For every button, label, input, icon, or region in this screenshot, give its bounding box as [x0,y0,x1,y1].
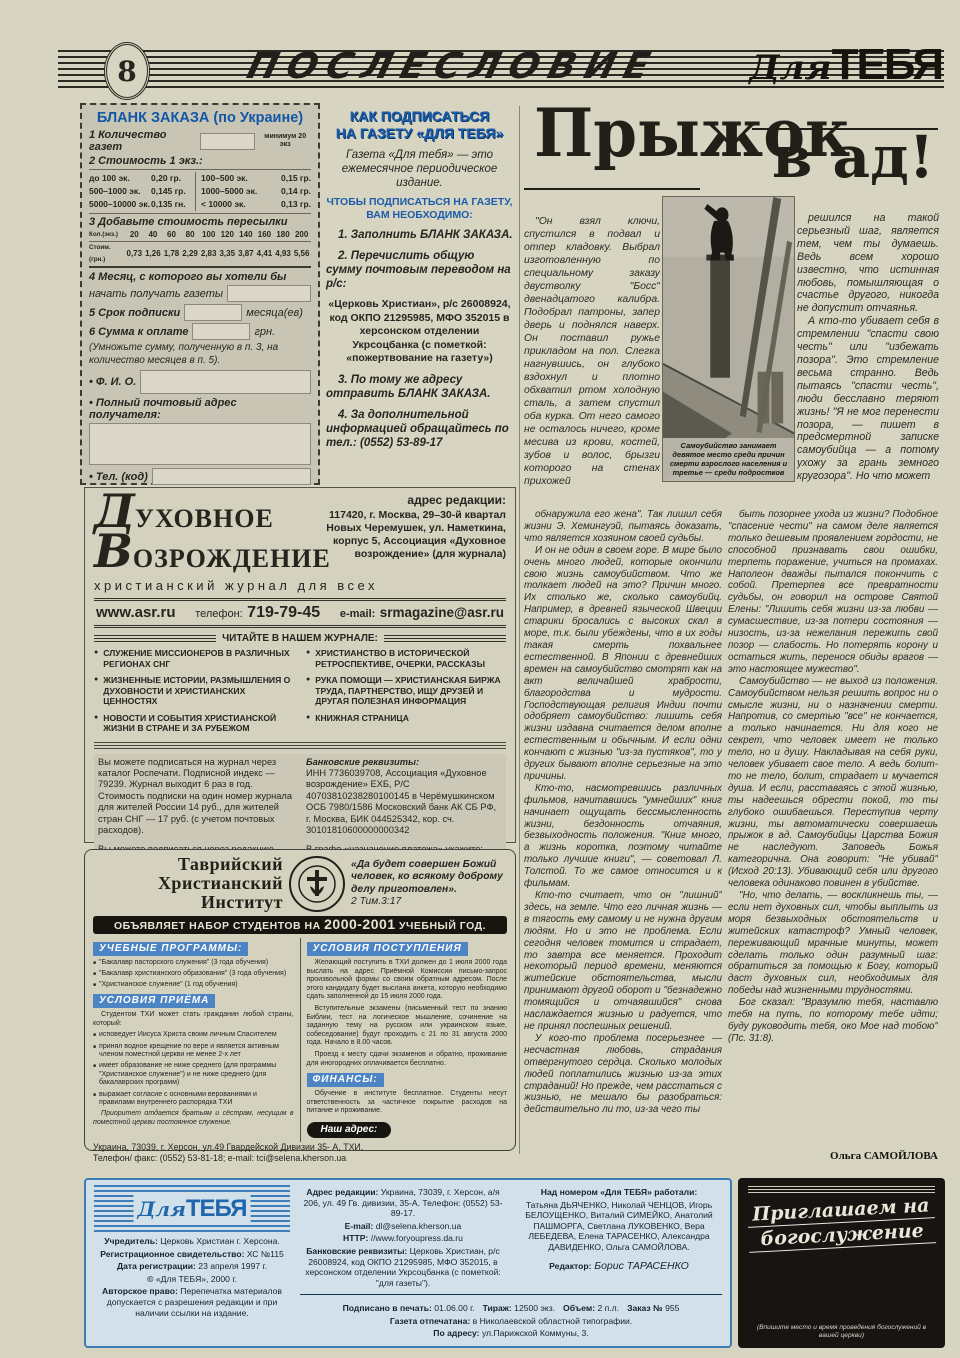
journal-ad: ДУХОВНОЕ ВОЗРОЖДЕНИЕ христианский журнал… [84,487,516,843]
shipping-cost-cell: 1,78 [162,248,181,260]
shipping-cost-cells: 0,731,261,782,292,833,353,874,414,935,56 [125,248,311,260]
journal-address-label: адрес редакции: [316,494,506,507]
invitation-script: Приглашаем на богослужение [747,1193,936,1253]
article-title-line2: в ад! [772,126,934,188]
price-value: 0,13 гр. [265,198,311,211]
workers-names: Татьяна ДЬЯЧЕНКО, Николай ЧЕНЦОВ, Игорь … [516,1200,722,1253]
imprint-label: HTTP: [343,1233,368,1243]
sum-suffix: грн. [254,326,275,338]
journal-topic: НОВОСТИ И СОБЫТИЯ ХРИСТИАНСКОЙ ЖИЗНИ В С… [94,713,294,734]
price-value: 0,135 гн. [151,198,196,211]
article-column-bottom-left: обнаружила его жена". Так лишил себя жиз… [524,509,722,1161]
shipping-qty-cell: 60 [162,229,181,241]
entry-paragraph: Проезд к месту сдачи экзаменов и обратно… [307,1051,508,1068]
month-input-box [227,285,311,302]
imprint-text: «Для ТЕБЯ», 2000 г. [156,1274,237,1284]
shipping-qty-cell: 40 [144,229,163,241]
editor-line: Редактор: Борис ТАРАСЕНКО [516,1261,722,1273]
title-rule-under [524,188,700,190]
price-qty: до 100 эк. [89,172,151,185]
address-input-box [89,423,311,465]
print-value: 955 [665,1303,679,1313]
article-paragraph: У кого-то проблема посерьезнее — несчаст… [524,1033,722,1116]
print-segment: Объем: 2 п.л. [563,1303,619,1313]
journal-contact-bar: www.asr.ru телефон: 719-79-45 e-mail: sr… [94,598,506,628]
institute-name-line1: Таврийский Христианский [93,855,283,893]
entry-paragraph: Вступительные экзамены (письменный тест … [307,1005,508,1048]
print-segment: Заказ № 955 [627,1303,679,1313]
section-title: ПОСЛЕСЛОВИЕ [243,46,663,87]
price-qty: 500–1000 эк. [89,185,151,198]
sum-note: (Умножьте сумму, полученную в п. 3, на к… [89,342,311,367]
imprint-middle-column: Адрес редакции: Украина, 73039, г. Херсо… [300,1185,506,1291]
rule-decoration [384,635,506,643]
column-divider [519,106,520,1154]
shipping-label: 3 Добавьте стоимость пересылки [89,216,311,228]
shipping-cost-cell: 0,73 [125,248,144,260]
rule-decoration [94,635,216,643]
price-row: 5000–10000 эк.0,135 гн.< 10000 эк.0,13 г… [89,198,311,211]
shipping-cost-cell: 1,26 [144,248,163,260]
howto-title-line2: НА ГАЗЕТУ «ДЛЯ ТЕБЯ» [326,125,513,142]
banner-post: УЧЕБНЫЙ ГОД. [399,920,486,932]
footer-logo-script: Для [138,1197,186,1221]
journal-topic: ХРИСТИАНСТВО В ИСТОРИЧЕСКОЙ РЕТРОСПЕКТИВ… [306,648,506,669]
admission-list: исповедует Иисуса Христа своим личным Сп… [93,1031,294,1107]
howto-bank-details: «Церковь Христиан», р/с 26008924, код ОК… [326,298,513,366]
imprint-label: Адрес редакции: [306,1187,378,1197]
imprint-line: HTTP: //www.foryoupress.da.ru [300,1233,506,1244]
imprint-print-info: Подписано в печать: 01.06.00 г.Тираж: 12… [300,1294,722,1341]
order-form: БЛАНК ЗАКАЗА (по Украине) 1 Количество г… [80,103,320,485]
imprint-text: ХС №115 [247,1249,284,1259]
howto-step2: 2. Перечислить общую сумму почтовым пере… [326,249,513,291]
sum-input-box [192,323,250,340]
imprint-line: Учредитель: Церковь Христиан г. Херсона. [94,1236,290,1247]
print-segment: Тираж: 12500 экз. [483,1303,555,1313]
entry-heading: УСЛОВИЯ ПОСТУПЛЕНИЯ [307,942,468,956]
page-number: 8 [117,55,136,88]
article-paragraph: Самоубийство — не выход из положения. Са… [728,676,938,890]
term-input-box [184,304,242,321]
programs-list: "Бакалавр пасторского служения" (3 года … [93,959,294,990]
howto-title: КАК ПОДПИСАТЬСЯ НА ГАЗЕТУ «ДЛЯ ТЕБЯ» [326,108,513,142]
journal-phone: 719-79-45 [247,604,320,621]
footer-newspaper-logo: ДляТЕБЯ [94,1185,290,1233]
imprint-line: Регистрационное свидетельство: ХС №115 [94,1249,290,1260]
finance-heading: ФИНАНСЫ: [307,1073,384,1087]
imprint-line: Адрес редакции: Украина, 73039, г. Херсо… [300,1187,506,1219]
admission-item: принял водное крещение по вере и являетс… [93,1043,294,1060]
journal-topic: ЖИЗНЕННЫЕ ИСТОРИИ, РАЗМЫШЛЕНИЯ О ДУХОВНО… [94,675,294,707]
imprint-label: Регистрационное свидетельство: [100,1249,244,1259]
imprint-text: dl@selena.kherson.ua [376,1221,462,1231]
printed-at-line: Газета отпечатана: в Николаевской област… [300,1316,722,1327]
article-column-top-left: "Он взял ключи, спустился в подвал и отп… [524,215,660,507]
print-value: 12500 экз. [514,1303,555,1313]
email-label: e-mail: [340,608,375,620]
howto-subtitle: ЧТОБЫ ПОДПИСАТЬСЯ НА ГАЗЕТУ, ВАМ НЕОБХОД… [326,196,513,222]
term-suffix: месяца(ев) [246,307,303,319]
shipping-table: Кол.(экз.) 20406080100120140160180200 Ст… [89,229,311,268]
shipping-cost-cell: 3,35 [218,248,237,260]
shipping-cost-cell: 3,87 [237,248,256,260]
cross-emblem-icon [289,856,345,912]
price-qty: 5000–10000 эк. [89,198,151,211]
shipping-cost-cell: 4,93 [274,248,293,260]
worship-invitation-box: Приглашаем на богослужение (Впишите мест… [738,1178,945,1348]
institute-right-column: УСЛОВИЯ ПОСТУПЛЕНИЯ Желающий поступить в… [300,938,508,1142]
admission-item: исповедует Иисуса Христа своим личным Сп… [93,1031,294,1040]
institute-name-line2: Институт [93,893,283,912]
logo-word2: ОЗРОЖДЕНИЕ [133,544,331,573]
article-paragraph: А кто-то убивает себя в стремлении "спас… [797,315,939,483]
invitation-rule-decoration [748,1186,935,1194]
journal-topic: КНИЖНАЯ СТРАНИЦА [306,713,506,724]
qty-input-box [200,133,255,150]
editor-name: Борис ТАРАСЕНКО [594,1260,689,1272]
program-item: "Бакалавр христианского образования" (3 … [93,970,294,979]
fio-input-box [140,370,311,394]
journal-topic: РУКА ПОМОЩИ — ХРИСТИАНСКАЯ БИРЖА ТРУДА, … [306,675,506,707]
journal-tagline: христианский журнал для всех [94,578,316,593]
banner-pre: ОБЪЯВЛЯЕТ НАБОР СТУДЕНТОВ НА [114,920,321,932]
journal-website: www.asr.ru [96,604,175,621]
shipping-qty-cell: 160 [255,229,274,241]
price-qty: 100–500 эк. [196,172,265,185]
journal-email: srmagazine@asr.ru [380,605,504,620]
article-paragraph: И он не один в своем горе. В мире было о… [524,545,722,783]
invitation-note: (Впишите место и время проведения богосл… [748,1324,935,1340]
entry-paragraphs: Желающий поступить в ТХИ должен до 1 июл… [307,959,508,1068]
qty-note: минимум 20 экз [259,133,311,149]
imprint-line: © «Для ТЕБЯ», 2000 г. [94,1274,290,1285]
programs-heading: УЧЕБНЫЕ ПРОГРАММЫ: [93,942,248,956]
admission-item: имеет образование не ниже среднего (для … [93,1062,294,1088]
quote-text: «Да будет совершен Божий человек, ко вся… [351,859,503,895]
institute-address-line2: Телефон/ факс: (0552) 53-81-18; e-mail: … [93,1153,507,1164]
price-value: 0,15 гр. [265,172,311,185]
admission-item: выражает согласие с основными верованиям… [93,1091,294,1108]
shipping-cost-header: Стоим.(грн.) [89,242,125,266]
print-value: 2 п.л. [597,1303,619,1313]
howto-step1: 1. Заполнить БЛАНК ЗАКАЗА. [326,228,513,242]
institute-address: Украина, 73039, г. Херсон, ул.49 Гвардей… [93,1142,507,1164]
price-qty: < 10000 эк. [196,198,265,211]
shipping-cost-cell: 5,56 [292,248,311,260]
print-label: Подписано в печать: [343,1303,432,1313]
article-paragraph: Кто-то, насмотревшись различных фильмов,… [524,783,722,890]
journal-read-title: ЧИТАЙТЕ В НАШЕМ ЖУРНАЛЕ: [222,633,378,644]
newspaper-logo: ДляТЕБЯ [749,40,942,90]
shipping-qty-cell: 200 [292,229,311,241]
imprint-right-column: Над номером «Для ТЕБЯ» работали: Татьяна… [516,1185,722,1291]
price-label: 2 Стоимость 1 экз.: [89,155,311,167]
imprint-left-lines: Учредитель: Церковь Христиан г. Херсона.… [94,1236,290,1318]
institute-address-line1: Украина, 73039, г. Херсон, ул.49 Гвардей… [93,1142,507,1153]
article-paragraph: решился на такой серьезный шаг, является… [797,212,939,315]
admission-intro: Студентом ТХИ может стать гражданин любо… [93,1011,294,1028]
imprint-footer: ДляТЕБЯ Учредитель: Церковь Христиан г. … [84,1178,732,1348]
imprint-line: E-mail: dl@selena.kherson.ua [300,1221,506,1232]
article-paragraph: Кто-то считает, что он "лишний" здесь, н… [524,890,722,1033]
journal-subscribe-paragraph: Вы можете подписаться на журнал через ка… [98,757,294,837]
article-paragraph: обнаружила его жена". Так лишил себя жиз… [524,509,722,545]
price-qty: 1000–5000 эк. [196,185,265,198]
journal-topics-right: ХРИСТИАНСТВО В ИСТОРИЧЕСКОЙ РЕТРОСПЕКТИВ… [306,648,506,740]
imprint-line: Дата регистрации: 23 апреля 1997 г. [94,1261,290,1272]
howto-intro: Газета «Для тебя» — это ежемесячное пери… [326,148,513,190]
qty-label: 1 Количество газет [89,129,196,153]
journal-bank-paragraph: ИНН 7736039708, Ассоциация «Духовное воз… [306,768,502,836]
imprint-label: Банковские реквизиты: [306,1246,407,1256]
shipping-qty-cell: 80 [181,229,200,241]
article-photo: Самоубийство занимает девятое место сред… [662,196,795,482]
price-value: 0,20 гр. [151,172,196,185]
journal-logo: ДУХОВНОЕ ВОЗРОЖДЕНИЕ христианский журнал… [94,494,316,593]
footer-logo-caps: ТЕБЯ [186,1195,247,1222]
imprint-text: 23 апреля 1997 г. [198,1261,267,1271]
institute-address-title: Наш адрес: [307,1122,392,1138]
print-address-line: По адресу: ул.Парижской Коммуны, 3. [300,1328,722,1339]
shipping-cost-cell: 4,41 [255,248,274,260]
article-column-top-right: решился на такой серьезный шаг, является… [797,212,939,506]
finance-paragraph: Обучение в институте бесплатное. Студент… [307,1090,508,1116]
banner-year: 2000-2001 [324,916,395,932]
shipping-qty-cell: 100 [199,229,218,241]
logo-script-part: Для [749,48,831,88]
entry-paragraph: Желающий поступить в ТХИ должен до 1 июл… [307,959,508,1002]
journal-address: 117420, г. Москва, 29–30-й квартал Новых… [316,509,506,561]
program-item: "Бакалавр пасторского служения" (3 года … [93,959,294,968]
logo-word1: УХОВНОЕ [135,504,274,533]
imprint-line: Авторское право: Перепечатка материалов … [94,1286,290,1318]
journal-address-block: адрес редакции: 117420, г. Москва, 29–30… [316,494,506,593]
print-segment: Подписано в печать: 01.06.00 г. [343,1303,475,1313]
page-header: 8 ПОСЛЕСЛОВИЕ ДляТЕБЯ [58,42,944,98]
print-label: Тираж: [483,1303,512,1313]
print-label: Объем: [563,1303,595,1313]
print-address-label: По адресу: [433,1328,479,1338]
imprint-text: Церковь Христиан г. Херсона. [160,1236,279,1246]
logo-initial-v: В [94,524,133,578]
printed-label: Газета отпечатана: [390,1316,470,1326]
institute-quote: «Да будет совершен Божий человек, ко вся… [351,859,507,909]
shipping-qty-cells: 20406080100120140160180200 [125,229,311,241]
quote-reference: 2 Тим.3:17 [351,896,507,909]
month-label2: начать получать газеты [89,288,223,300]
imprint-label: © [147,1274,153,1284]
subscription-instructions: КАК ПОДПИСАТЬСЯ НА ГАЗЕТУ «ДЛЯ ТЕБЯ» Газ… [326,108,513,457]
workers-title: Над номером «Для ТЕБЯ» работали: [516,1187,722,1198]
enrollment-banner: ОБЪЯВЛЯЕТ НАБОР СТУДЕНТОВ НА 2000-2001 У… [93,916,507,934]
phone-label: телефон: [195,608,243,620]
shipping-qty-cell: 20 [125,229,144,241]
photo-caption: Самоубийство занимает девятое место сред… [663,438,794,481]
program-item: "Христианское служение" (1 год обучения) [93,981,294,990]
imprint-line: Банковские реквизиты: Церковь Христиан, … [300,1246,506,1288]
address-label: • Полный почтовый адрес получателя: [89,397,311,421]
article-paragraph: Бог сказал: "Вразумлю тебя, наставлю теб… [728,997,938,1045]
shipping-qty-header: Кол.(экз.) [89,229,125,241]
howto-step4: 4. За дополнительной информацией обращай… [326,408,513,450]
article-paragraph: быть позорнее ухода из жизни? Подобное "… [728,509,938,676]
shipping-qty-cell: 180 [274,229,293,241]
article-paragraph: "Он взял ключи, спустился в подвал и отп… [524,215,660,488]
journal-topic: СЛУЖЕНИЕ МИССИОНЕРОВ В РАЗЛИЧНЫХ РЕГИОНА… [94,648,294,669]
imprint-label: Дата регистрации: [117,1261,196,1271]
fio-label: • Ф. И. О. [89,376,136,388]
logo-caps-part: ТЕБЯ [832,40,942,89]
print-value: 01.06.00 г. [434,1303,474,1313]
month-label: 4 Месяц, с которого вы хотели бы [89,271,311,283]
price-row: 500–1000 эк.0,145 гр.1000–5000 эк.0,14 г… [89,185,311,198]
admission-heading: УСЛОВИЯ ПРИЁМА [93,994,215,1008]
imprint-left-column: ДляТЕБЯ Учредитель: Церковь Христиан г. … [94,1185,290,1341]
tel-label: • Тел. (код) [89,471,148,483]
printed-text: в Николаевской областной типографии. [473,1316,633,1326]
institute-left-column: УЧЕБНЫЕ ПРОГРАММЫ: "Бакалавр пасторского… [93,938,300,1142]
imprint-label: Учредитель: [104,1236,158,1246]
price-value: 0,14 гр. [265,185,311,198]
article-column-bottom-right: быть позорнее ухода из жизни? Подобное "… [728,509,938,1143]
editor-label: Редактор: [549,1261,591,1271]
order-form-title: БЛАНК ЗАКАЗА (по Украине) [89,110,311,126]
imprint-label: Авторское право: [102,1286,178,1296]
journal-bank-title: Банковские реквизиты: [306,757,502,768]
article-paragraph: "Но, что делать, — воскликнешь ты, — есл… [728,890,938,997]
shipping-qty-cell: 120 [218,229,237,241]
howto-step3: 3. По тому же адресу отправить БЛАНК ЗАК… [326,373,513,401]
shipping-qty-cell: 140 [237,229,256,241]
shipping-cost-cell: 2,29 [181,248,200,260]
print-run-line: Подписано в печать: 01.06.00 г.Тираж: 12… [300,1298,722,1316]
institute-ad: Таврийский Христианский Институт «Да буд… [84,849,516,1151]
price-value: 0,145 гр. [151,185,196,198]
article-byline: Ольга САМОЙЛОВА [728,1150,938,1162]
imprint-text: //www.foryoupress.da.ru [371,1233,463,1243]
journal-topics-left: СЛУЖЕНИЕ МИССИОНЕРОВ В РАЗЛИЧНЫХ РЕГИОНА… [94,648,294,740]
term-label: 5 Срок подписки [89,307,180,319]
shipping-cost-cell: 2,83 [199,248,218,260]
newspaper-page: 8 ПОСЛЕСЛОВИЕ ДляТЕБЯ БЛАНК ЗАКАЗА (по У… [0,0,960,1358]
page-number-badge: 8 [104,42,150,100]
admission-note: Приоритет отдается братьям и сёстрам, не… [93,1110,294,1127]
print-label: Заказ № [627,1303,663,1313]
howto-title-line1: КАК ПОДПИСАТЬСЯ [326,108,513,125]
finance-paragraphs: Обучение в институте бесплатное. Студент… [307,1090,508,1116]
print-address-text: ул.Парижской Коммуны, 3. [482,1328,589,1338]
tel-input-box [152,468,311,485]
imprint-label: E-mail: [345,1221,374,1231]
divider-rule [94,742,506,749]
price-row: до 100 эк.0,20 гр.100–500 эк.0,15 гр. [89,172,311,185]
price-table: до 100 эк.0,20 гр.100–500 эк.0,15 гр. 50… [89,169,311,214]
institute-name: Таврийский Христианский Институт [93,855,283,912]
sum-label: 6 Сумма к оплате [89,326,188,338]
